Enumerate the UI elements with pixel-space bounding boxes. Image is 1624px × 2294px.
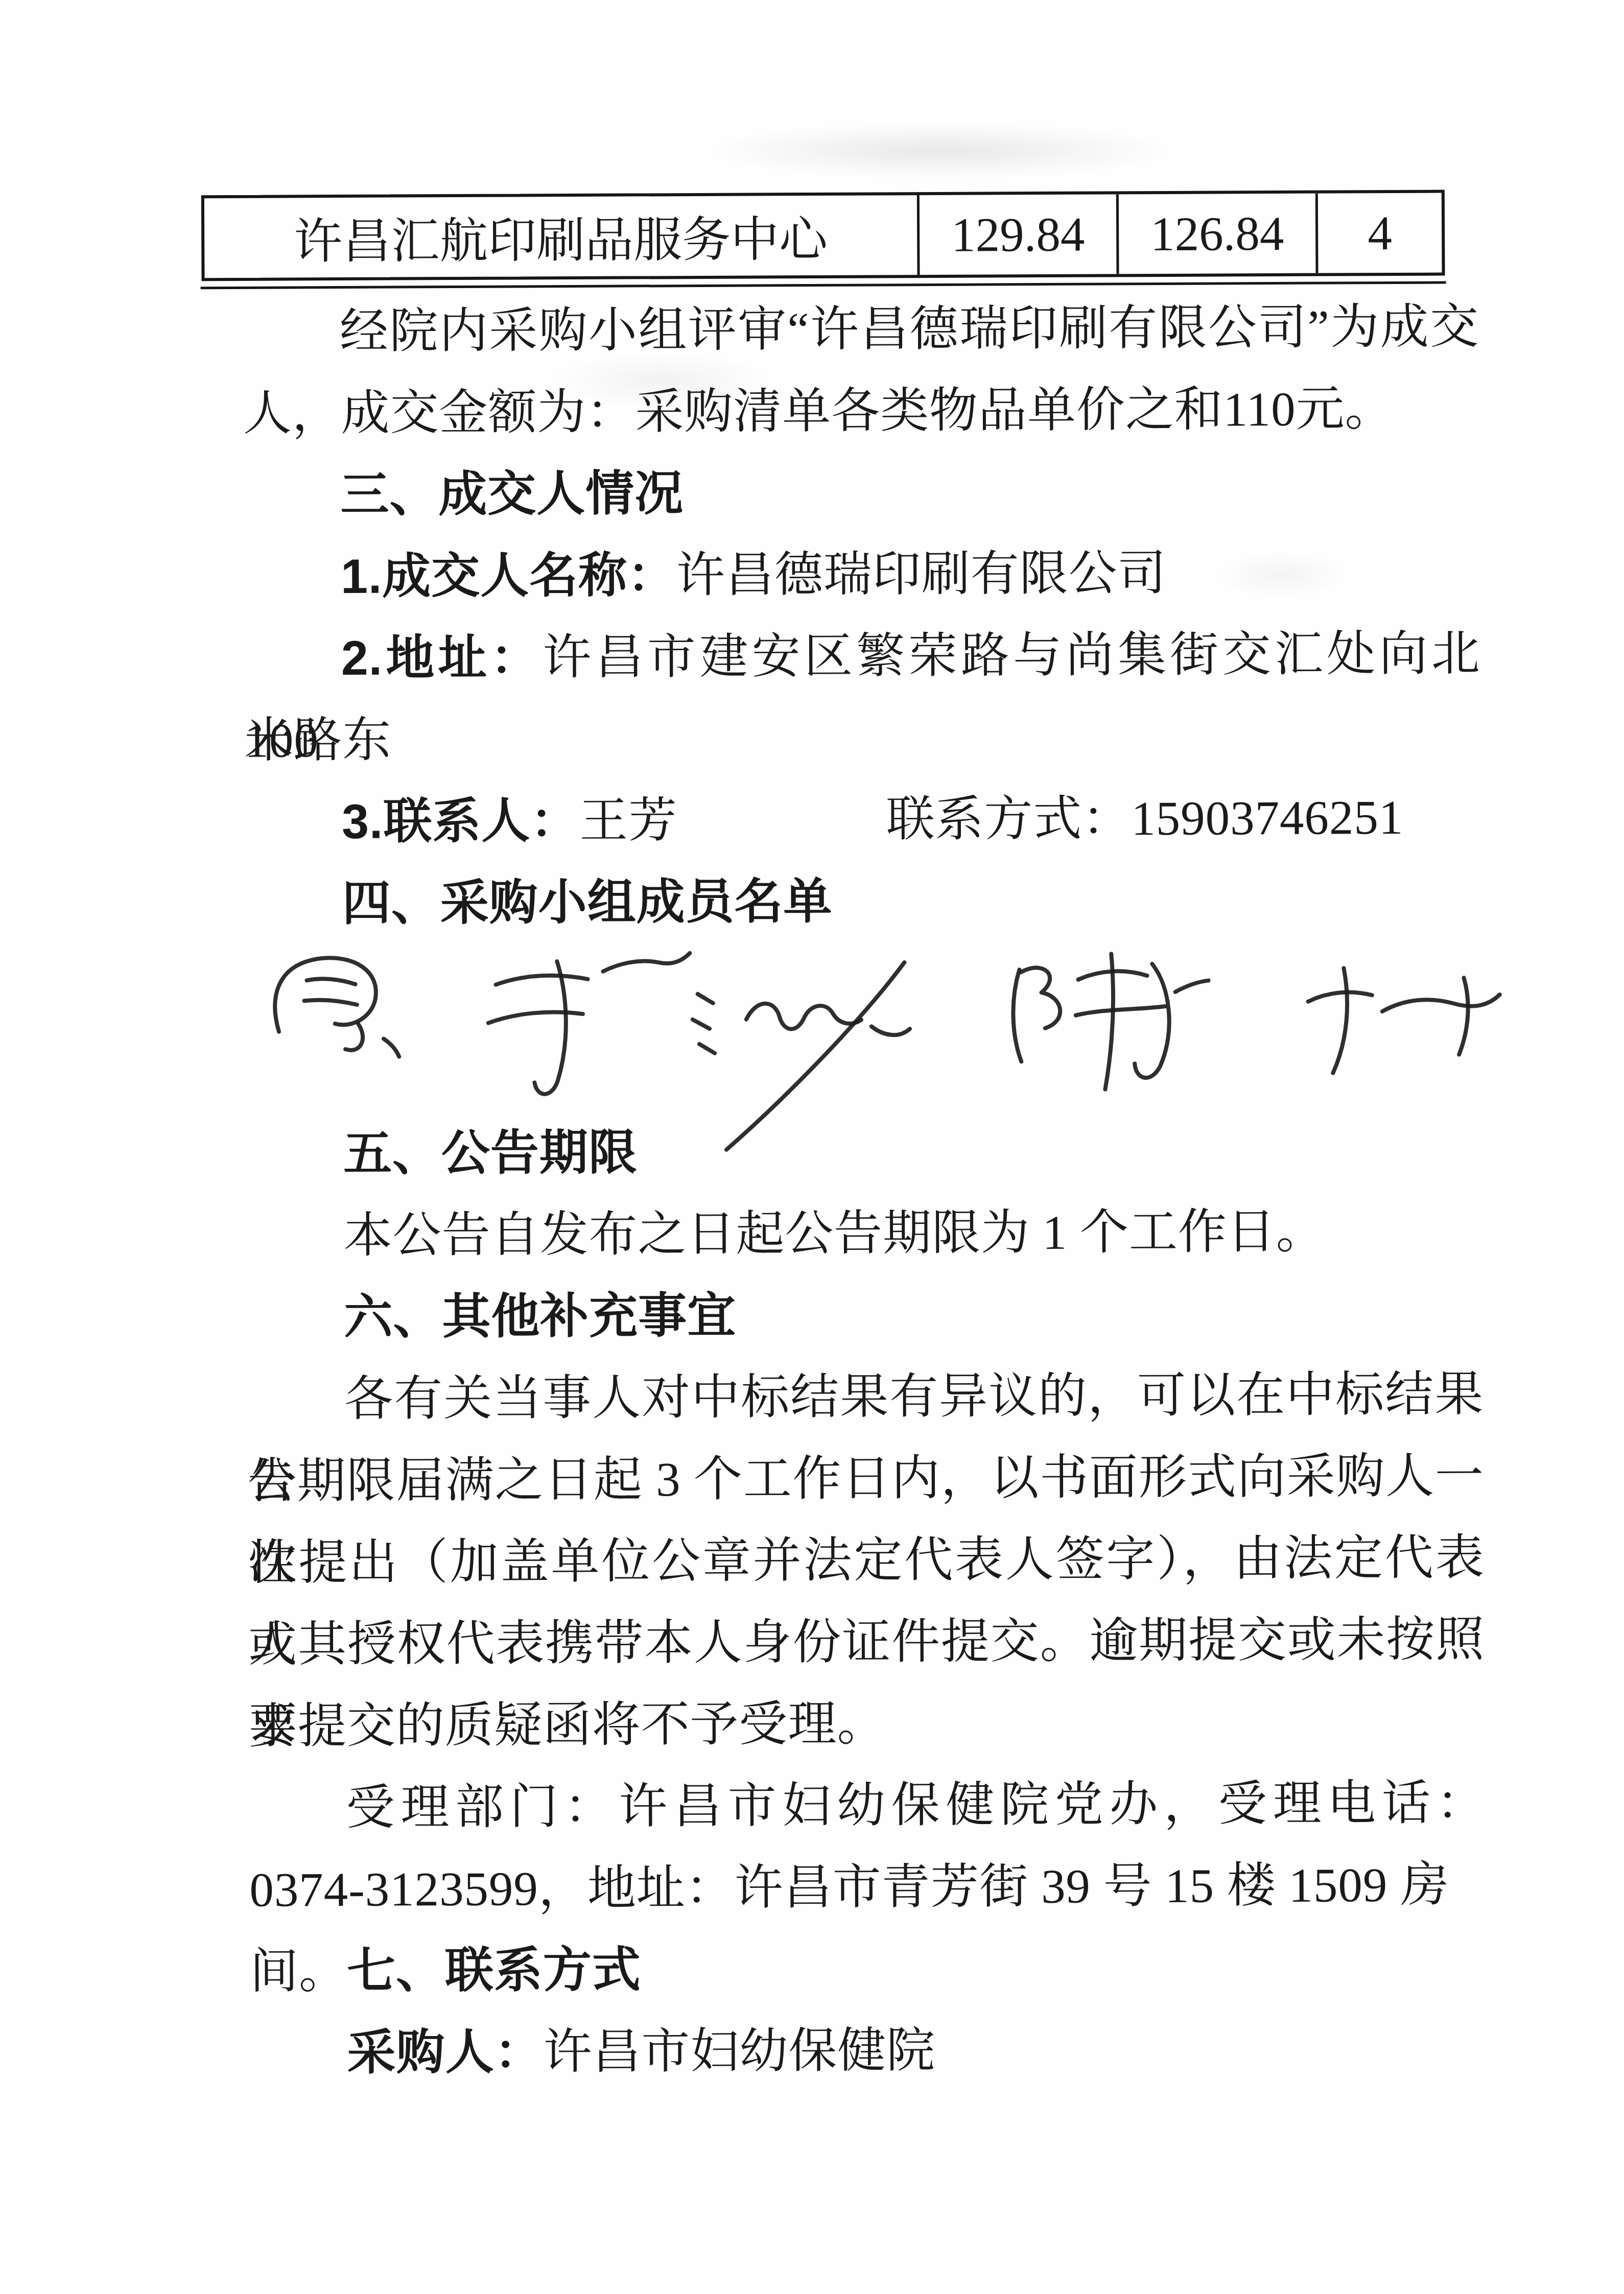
text-line: 1.成交人名称：许昌德瑞印刷有限公司 xyxy=(244,531,1480,618)
text-line: 采购人：许昌市妇幼保健院 xyxy=(250,2007,1487,2094)
text-line: 3.联系人：王芳联系方式：15903746251 xyxy=(245,776,1481,863)
text-line: 2.地址：许昌市建安区繁荣路与尚集街交汇处向北 100 xyxy=(244,612,1480,700)
table-cell-evaluated-value: 126.84 xyxy=(1116,194,1316,274)
text-line: 告期限届满之日起 3 个工作日内，以书面形式向采购人一次 xyxy=(247,1435,1484,1522)
text-segment: 采购人： xyxy=(347,2025,543,2080)
signature-1-image xyxy=(275,958,399,1057)
text-segment: 人，成交金额为：采购清单各类物品单价之和110元。 xyxy=(243,382,1394,441)
text-line: 求提交的质疑函将不予受理。 xyxy=(249,1680,1486,1767)
text-segment: 许昌德瑞印刷有限公司 xyxy=(676,546,1167,602)
text-line: 人，成交金额为：采购清单各类物品单价之和110元。 xyxy=(243,367,1479,455)
text-segment: 王芳 xyxy=(579,793,677,848)
text-segment: 经院内采购小组评审“许昌德瑞印刷有限公司”为成交 xyxy=(340,299,1479,359)
signatures-block xyxy=(245,939,1482,1114)
signature-2-image xyxy=(488,953,690,1094)
text-segment: 三、成交人情况 xyxy=(340,466,684,522)
text-segment: 七、联系方式 xyxy=(347,1943,641,1998)
table-cell-supplier-name: 许昌汇航印刷品服务中心 xyxy=(204,195,917,278)
section-heading: 六、其他补充事宜 xyxy=(247,1271,1484,1359)
section-heading: 三、成交人情况 xyxy=(243,449,1480,536)
handwritten-signatures-image xyxy=(230,919,1508,1152)
document-body: 经院内采购小组评审“许昌德瑞印刷有限公司”为成交人，成交金额为：采购清单各类物品… xyxy=(243,286,1487,2094)
evaluation-table-row: 许昌汇航印刷品服务中心 129.84 126.84 4 xyxy=(201,190,1445,281)
signature-3-image xyxy=(692,962,910,1150)
text-line: 或其授权代表携带本人身份证件提交。逾期提交或未按照要 xyxy=(248,1598,1485,1686)
text-line: 经院内采购小组评审“许昌德瑞印刷有限公司”为成交 xyxy=(243,286,1479,373)
page-content: 许昌汇航印刷品服务中心 129.84 126.84 4 经院内采购小组评审“许昌… xyxy=(0,0,1624,2294)
text-segment: 本公告自发布之日起公告期限为 1 个工作日。 xyxy=(343,1204,1325,1263)
signature-4-image xyxy=(1013,954,1209,1090)
text-segment: 1.成交人名称： xyxy=(341,548,676,604)
text-segment: 许昌市妇幼保健院 xyxy=(543,2023,935,2079)
text-segment: 3.联系人： xyxy=(342,794,579,849)
text-segment: 2.地址： xyxy=(341,630,543,685)
text-segment: 米路东 xyxy=(244,713,391,768)
section-heading: 七、联系方式 xyxy=(250,1925,1487,2013)
text-segment: 六、其他补充事宜 xyxy=(344,1289,736,1344)
text-line: 0374-3123599，地址：许昌市青芳街 39 号 15 楼 1509 房间… xyxy=(249,1843,1486,1931)
signature-5-image xyxy=(1308,967,1500,1073)
text-line: 本公告自发布之日起公告期限为 1 个工作日。 xyxy=(246,1190,1483,1277)
text-line: 米路东 xyxy=(244,694,1481,782)
text-segment: 求提交的质疑函将不予受理。 xyxy=(249,1696,886,1753)
table-cell-quote-value: 129.84 xyxy=(917,194,1117,275)
text-line: 受理部门：许昌市妇幼保健院党办，受理电话： xyxy=(249,1762,1486,1849)
scanned-document-page: 许昌汇航印刷品服务中心 129.84 126.84 4 经院内采购小组评审“许昌… xyxy=(0,0,1624,2294)
text-segment: 受理部门：许昌市妇幼保健院党办，受理电话： xyxy=(346,1776,1485,1835)
text-segment: 联系方式：15903746251 xyxy=(886,790,1403,846)
text-line: 性提出（加盖单位公章并法定代表人签字），由法定代表人 xyxy=(248,1517,1485,1604)
text-line: 各有关当事人对中标结果有异议的，可以在中标结果公 xyxy=(247,1353,1484,1440)
table-cell-rank: 4 xyxy=(1315,193,1442,273)
